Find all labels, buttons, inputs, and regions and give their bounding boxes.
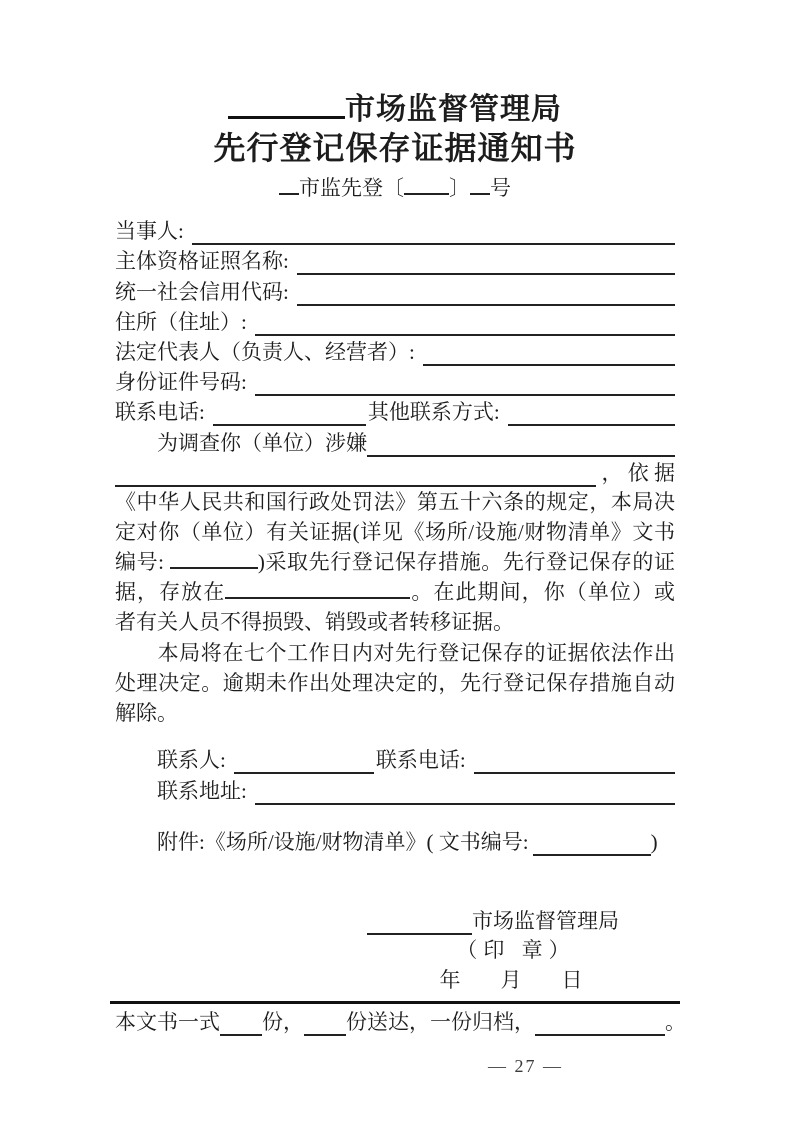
attachment-close-paren: )	[651, 828, 658, 856]
body-line-6: 者有关人员不得损毁、销毁或者转移证据。	[115, 607, 675, 637]
field-row-license-name: 主体资格证照名称:	[115, 245, 675, 275]
signature-agency-row: 市场监督管理局	[367, 905, 635, 935]
copies-note-mid2: 份送达，一份归档，	[346, 1008, 535, 1036]
field-row-phone: 联系电话:其他联系方式:	[115, 396, 675, 426]
docno-text-3: 号	[490, 176, 511, 200]
signature-agency-blank	[367, 910, 472, 935]
date-day-label: 日	[562, 968, 583, 992]
contact-row-person: 联系人:联系电话:	[115, 744, 675, 774]
field-row-investigate: 为调查你（单位）涉嫌	[115, 426, 675, 456]
body-text: 《中华人民共和国行政处罚法》第五十六条的规定，本局决 定对你（单位）有关证据(详…	[115, 487, 675, 729]
body-line-2: 《中华人民共和国行政处罚法》第五十六条的规定，本局决	[115, 487, 675, 517]
body-line-4-text: )采取先行登记保存措施。先行登记保存的证	[258, 550, 675, 574]
body-line-7: 本局将在七个工作日内对先行登记保存的证据依法作出	[115, 638, 675, 668]
investigate-lead-text: 为调查你（单位）涉嫌	[157, 429, 367, 457]
storage-label: 据，存放在	[115, 580, 225, 604]
field-row-address: 住所（住址）:	[115, 306, 675, 336]
signature-agency-text: 市场监督管理局	[472, 905, 619, 935]
credit-code-blank	[297, 281, 675, 306]
delivered-count-blank	[304, 1011, 346, 1036]
other-contact-label: 其他联系方式:	[366, 398, 508, 426]
copies-count-blank	[220, 1011, 262, 1036]
form-fields: 当事人: 主体资格证照名称: 统一社会信用代码: 住所（住址）: 法定代表人（负…	[115, 215, 675, 487]
document-title: 先行登记保存证据通知书	[115, 128, 675, 168]
contact-row-address: 联系地址:	[115, 774, 675, 804]
contact-address-label: 联系地址:	[157, 777, 255, 805]
party-label: 当事人:	[115, 217, 192, 245]
suspected-violation-blank	[367, 432, 675, 457]
address-blank	[255, 311, 675, 336]
credit-code-label: 统一社会信用代码:	[115, 278, 297, 306]
copies-note-pre: 本文书一式	[115, 1008, 220, 1036]
body-line-4: 编号: )采取先行登记保存措施。先行登记保存的证	[115, 547, 675, 577]
field-row-id-number: 身份证件号码:	[115, 366, 675, 396]
body-line-5-text: 。在此期间，你（单位）或	[410, 580, 675, 604]
basis-tail-text: ， 依 据	[596, 459, 676, 487]
field-row-legal-rep: 法定代表人（负责人、经营者）:	[115, 336, 675, 366]
signature-date-row: 年月日	[367, 965, 635, 995]
storage-location-blank	[225, 577, 410, 599]
id-number-label: 身份证件号码:	[115, 368, 255, 396]
license-name-label: 主体资格证照名称:	[115, 247, 297, 275]
doc-ref-label: 编号:	[115, 550, 164, 574]
id-number-blank	[255, 371, 675, 396]
phone-blank	[213, 401, 366, 426]
phone-label: 联系电话:	[115, 398, 213, 426]
field-row-party: 当事人:	[115, 215, 675, 245]
attachment-doc-ref-blank	[533, 831, 651, 856]
contact-address-blank	[255, 780, 675, 805]
docno-year-blank	[404, 175, 449, 195]
title-line-agency: 市场监督管理局	[115, 92, 675, 128]
contact-phone-blank	[474, 749, 675, 774]
body-line-3: 定对你（单位）有关证据(详见《场所/设施/财物清单》文书	[115, 517, 675, 547]
date-month-label: 月	[501, 968, 522, 992]
party-blank	[192, 220, 675, 245]
copies-note-blank	[535, 1011, 665, 1036]
date-year-label: 年	[440, 968, 461, 992]
legal-rep-blank	[423, 341, 675, 366]
attachment-section: 附件:《场所/设施/财物清单》( 文书编号:)	[115, 826, 675, 856]
copies-note-end: 。	[665, 1008, 686, 1036]
contact-person-label: 联系人:	[157, 746, 234, 774]
copies-note-mid1: 份，	[262, 1008, 304, 1036]
copies-note-row: 本文书一式份，份送达，一份归档，。	[115, 1004, 675, 1036]
docno-text-2: 〕	[449, 176, 470, 200]
agency-name-blank	[228, 93, 345, 119]
docno-text-1: 市监先登〔	[299, 176, 404, 200]
document-page: 市场监督管理局 先行登记保存证据通知书 市监先登〔〕号 当事人: 主体资格证照名…	[0, 0, 793, 1122]
contact-phone-label: 联系电话:	[374, 746, 474, 774]
body-line-7-text: 本局将在七个工作日内对先行登记保存的证据依法作出	[157, 641, 675, 665]
page-number: — 27 —	[115, 1056, 675, 1077]
violation-continuation-blank	[115, 462, 596, 487]
attachment-text: 附件:《场所/设施/财物清单》( 文书编号:	[157, 828, 533, 856]
seal-placeholder: （印 章）	[367, 935, 635, 965]
docno-prefix-blank	[279, 175, 299, 195]
signature-block: 市场监督管理局 （印 章） 年月日	[367, 905, 635, 995]
other-contact-blank	[508, 401, 675, 426]
legal-rep-label: 法定代表人（负责人、经营者）:	[115, 338, 423, 366]
body-line-9: 解除。	[115, 698, 675, 728]
document-number-line: 市监先登〔〕号	[115, 173, 675, 203]
agency-name-text: 市场监督管理局	[345, 93, 562, 126]
contact-person-blank	[234, 749, 374, 774]
doc-ref-blank	[170, 547, 258, 569]
body-line-5: 据，存放在。在此期间，你（单位）或	[115, 577, 675, 607]
license-name-blank	[297, 250, 675, 275]
body-line-8: 处理决定。逾期未作出处理决定的，先行登记保存措施自动	[115, 668, 675, 698]
field-row-basis: ， 依 据	[115, 457, 675, 487]
attachment-row: 附件:《场所/设施/财物清单》( 文书编号:)	[115, 826, 675, 856]
address-label: 住所（住址）:	[115, 308, 255, 336]
contact-section: 联系人:联系电话: 联系地址:	[115, 744, 675, 804]
field-row-credit-code: 统一社会信用代码:	[115, 275, 675, 305]
docno-serial-blank	[470, 175, 490, 195]
